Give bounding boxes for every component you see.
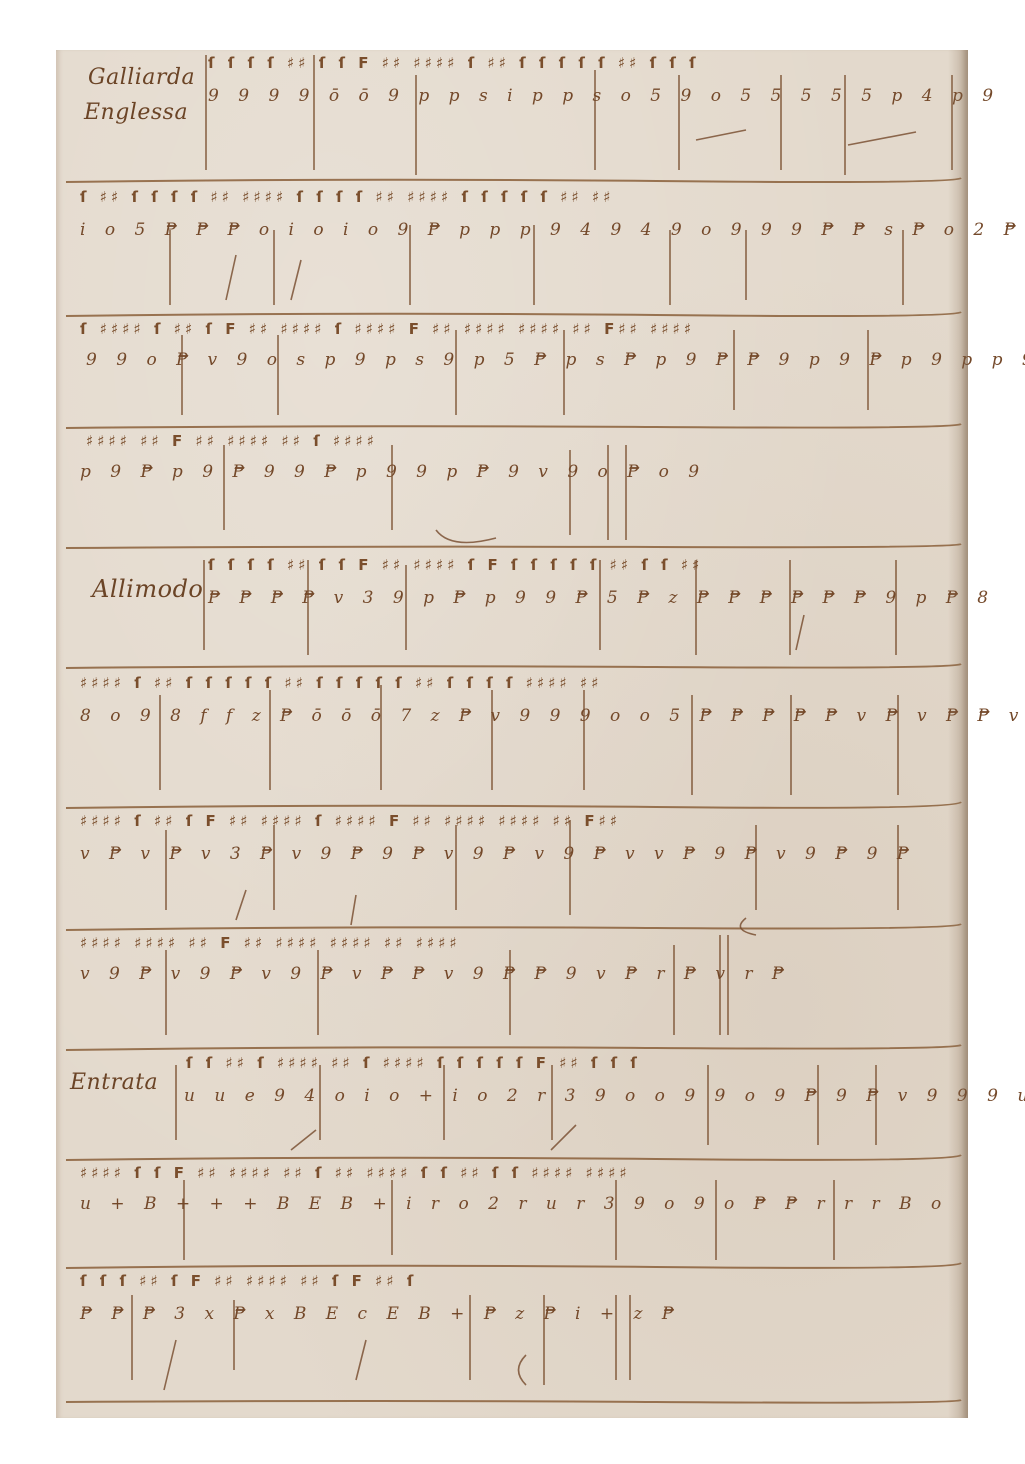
piece-subtitle-englessa: Englessa — [84, 100, 188, 125]
system-rule — [66, 664, 961, 668]
tablature-system-1: 9 9 9 9 ō ō 9 p p s i p p s o 5 9 o 5 5 … — [208, 86, 1000, 106]
tablature-system-7: v ₱ v ₱ v 3 ₱ v 9 ₱ 9 ₱ v 9 ₱ v 9 ₱ v v … — [80, 844, 916, 864]
system-rule — [66, 312, 961, 316]
system-rule — [66, 544, 961, 548]
rhythm-signs-system-6: ♯♯♯♯ ſ ♯♯ ſ ſ ſ ſ ſ ♯♯ ſ ſ ſ ſ ſ ♯♯ ſ ſ … — [80, 674, 602, 692]
system-rule — [66, 1263, 961, 1268]
system-rule — [66, 802, 961, 808]
manuscript-page: Galliarda Englessa Allimodo Entrata ſ ſ … — [56, 50, 968, 1418]
tablature-system-11: ₱ ₱ ₱ 3 x ₱ x B E c E B + ₱ z ₱ i + z ₱ — [80, 1304, 681, 1324]
system-rule — [66, 178, 961, 182]
tablature-system-3: 9 9 o ₱ v 9 o s p 9 p s 9 p 5 ₱ p s ₱ p … — [86, 350, 1025, 370]
tablature-system-2: i o 5 ₱ ₱ ₱ o i o i o 9 ₱ p p p 9 4 9 4 … — [80, 220, 1023, 240]
tablature-system-6: 8 o 9 8 f f z ₱ ō ō ō 7 z ₱ v 9 9 9 o o … — [80, 706, 1025, 726]
tablature-system-9: u u e 9 4 o i o + i o 2 r 3 9 o o 9 9 o … — [184, 1086, 1025, 1106]
piece-title-entrata: Entrata — [70, 1070, 158, 1095]
system-rule — [66, 1155, 961, 1160]
system-rule — [66, 1045, 961, 1050]
system-rule — [66, 924, 961, 930]
rhythm-signs-system-1: ſ ſ ſ ſ ♯♯ ſ ſ F ♯♯ ♯♯♯♯ ſ ♯♯ ſ ſ ſ ſ ſ … — [208, 54, 700, 72]
rhythm-signs-system-9: ſ ſ ♯♯ ſ ♯♯♯♯ ♯♯ ſ ♯♯♯♯ ſ ſ ſ ſ ſ F ♯♯ ſ… — [186, 1054, 641, 1072]
rhythm-signs-system-11: ſ ſ ſ ♯♯ ſ F ♯♯ ♯♯♯♯ ♯♯ ſ F ♯♯ ſ — [80, 1272, 417, 1290]
rhythm-signs-system-2: ſ ♯♯ ſ ſ ſ ſ ♯♯ ♯♯♯♯ ſ ſ ſ ſ ♯♯ ♯♯♯♯ ſ ſ… — [80, 188, 614, 206]
tablature-system-10: u + B + + + B E B + i r o 2 r u r 3 9 o … — [80, 1194, 948, 1214]
tablature-system-8: v 9 ₱ v 9 ₱ v 9 ₱ v ₱ ₱ v 9 ₱ ₱ 9 v ₱ r … — [80, 964, 791, 984]
rhythm-signs-system-4: ♯♯♯♯ ♯♯ F ♯♯ ♯♯♯♯ ♯♯ ſ ♯♯♯♯ — [86, 432, 378, 450]
tablature-system-4: p 9 ₱ p 9 ₱ 9 9 ₱ p 9 9 p ₱ 9 v 9 o ₱ o … — [80, 462, 706, 482]
rhythm-signs-system-3: ſ ♯♯♯♯ ſ ♯♯ ſ F ♯♯ ♯♯♯♯ ſ ♯♯♯♯ F ♯♯ ♯♯♯♯… — [80, 320, 695, 338]
system-rule — [66, 1400, 961, 1403]
page-binding-edge — [948, 50, 968, 1418]
rhythm-signs-system-10: ♯♯♯♯ ſ ſ F ♯♯ ♯♯♯♯ ♯♯ ſ ♯♯ ♯♯♯♯ ſ ſ ♯♯ ſ… — [80, 1164, 631, 1182]
rhythm-signs-system-7: ♯♯♯♯ ſ ♯♯ ſ F ♯♯ ♯♯♯♯ ſ ♯♯♯♯ F ♯♯ ♯♯♯♯ ♯… — [80, 812, 621, 830]
system-rule — [66, 424, 961, 428]
piece-title-allimodo: Allimodo — [92, 575, 203, 603]
piece-title-galliarda: Galliarda — [88, 65, 195, 90]
rhythm-signs-system-8: ♯♯♯♯ ♯♯♯♯ ♯♯ F ♯♯ ♯♯♯♯ ♯♯♯♯ ♯♯ ♯♯♯♯ — [80, 934, 461, 952]
rhythm-signs-system-5: ſ ſ ſ ſ ♯♯ ſ ſ F ♯♯ ♯♯♯♯ ſ F ſ ſ ſ ſ ſ ♯… — [208, 556, 703, 574]
tablature-system-5: ₱ ₱ ₱ ₱ v 3 9 p ₱ p 9 9 ₱ 5 ₱ z ₱ ₱ ₱ ₱ … — [208, 588, 995, 608]
